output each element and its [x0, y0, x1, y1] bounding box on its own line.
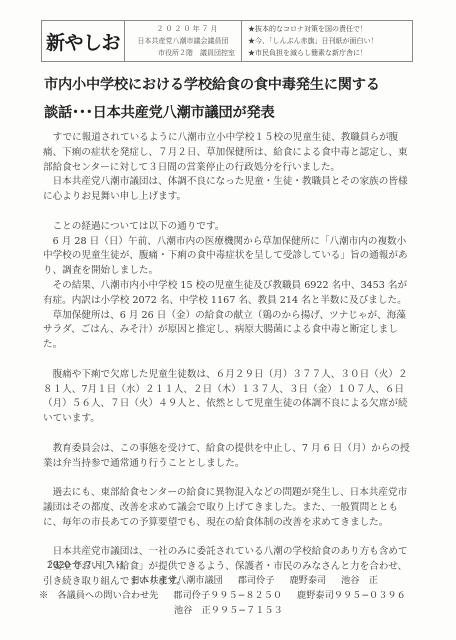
paragraph: 6 月 28 日（日）午前、八潮市内の医療機関から草加保健所に「八潮市内の複数小… [43, 235, 413, 279]
paragraph: 草加保健所は、6 月 26 日（金）の給食の献立（鶏のから揚げ、ツナじゃが、海藻… [43, 309, 413, 353]
title-line-1: 市内小中学校における学校給食の食中毒発生に関する [44, 71, 424, 99]
issue-date: ２０２０年７月 [125, 23, 241, 35]
paragraph: 過去にも、東部給食センターの給食に異物混入などの問題が発生し、日本共産党市議団は… [43, 486, 413, 530]
publisher: 日本共産党八潮市議会議員団 [125, 35, 241, 47]
signatories: 日本共産党八潮市議団 郡司伶子 鹿野泰司 池谷 正 [43, 573, 423, 588]
contact-name: 鹿野泰司 [297, 590, 334, 601]
paragraph: すでに報道されているように八潮市立小中学校１５校の児童生徒、教職員らが腹痛、下痢… [43, 131, 413, 175]
contact-phone: ９９５−０３９６ [334, 590, 406, 601]
slogans: ★抜本的なコロナ対策を国の責任で！ ★今、「しんぶん赤旗」日刊紙が面白い！ ★市… [242, 21, 412, 61]
paragraph: その結果、八潮市内小中学校 15 校の児童生徒及び教職員 6922 名中、345… [43, 279, 413, 309]
contact-name: 郡司伶子 [173, 590, 210, 601]
spacer [43, 531, 413, 546]
statement-date: 2020 年 7 月 7 日 [43, 558, 423, 573]
slogan: ★抜本的なコロナ対策を国の責任で！ [248, 23, 412, 35]
contact-name: 池谷 正 [174, 605, 211, 616]
paragraph: 腹痛や下痢で欠席した児童生徒数は、６月２９日（月）３７７人、３０日（火）２８１人… [43, 368, 413, 427]
slogan: ★今、「しんぶん赤旗」日刊紙が面白い！ [248, 35, 412, 47]
paragraph: 日本共産党八潮市議団は、体調不良になった児童・生徒・教職員とその家族の皆様に心よ… [43, 175, 413, 205]
contact-phone: ９９５−７１５３ [211, 605, 283, 616]
contact-line: 池谷 正９９５−７１５３ [43, 603, 423, 618]
title-line-2: 談話･･･日本共産党八潮市議団が発表 [44, 99, 424, 127]
article-body: すでに報道されているように八潮市立小中学校１５校の児童生徒、教職員らが腹痛、下痢… [43, 131, 413, 590]
paragraph: 教育委員会は、この事態を受けて、給食の提供を中止し、7 月 6 日（月）からの授… [43, 442, 413, 472]
contact-label: ※ 各議員への問い合わせ先 [39, 590, 158, 601]
issue-info: ２０２０年７月 日本共産党八潮市議会議員団 市役所２階 議員団控室 [125, 21, 242, 61]
spacer [43, 427, 413, 442]
office-location: 市役所２階 議員団控室 [125, 47, 241, 59]
paragraph: ことの経過については以下の通りです。 [43, 220, 413, 235]
spacer [43, 471, 413, 486]
newsletter-header: 新やしお ２０２０年７月 日本共産党八潮市議会議員団 市役所２階 議員団控室 ★… [41, 20, 413, 62]
member-name: 鹿野泰司 [289, 575, 326, 586]
member-name: 郡司伶子 [238, 575, 275, 586]
org-name: 日本共産党八潮市議団 [131, 575, 223, 586]
article-title: 市内小中学校における学校給食の食中毒発生に関する 談話･･･日本共産党八潮市議団… [44, 71, 424, 127]
signature-block: 2020 年 7 月 7 日 日本共産党八潮市議団 郡司伶子 鹿野泰司 池谷 正… [43, 558, 423, 618]
contact-line: ※ 各議員への問い合わせ先 郡司伶子９９５−８２５０ 鹿野泰司９９５−０３９６ [39, 588, 423, 603]
slogan: ★市民負担を減らし簡素な新庁舎に！ [248, 47, 412, 59]
spacer [43, 353, 413, 368]
masthead-title: 新やしお [42, 21, 125, 61]
member-name: 池谷 正 [341, 575, 378, 586]
contact-phone: ９９５−８２５０ [210, 590, 282, 601]
spacer [43, 205, 413, 220]
